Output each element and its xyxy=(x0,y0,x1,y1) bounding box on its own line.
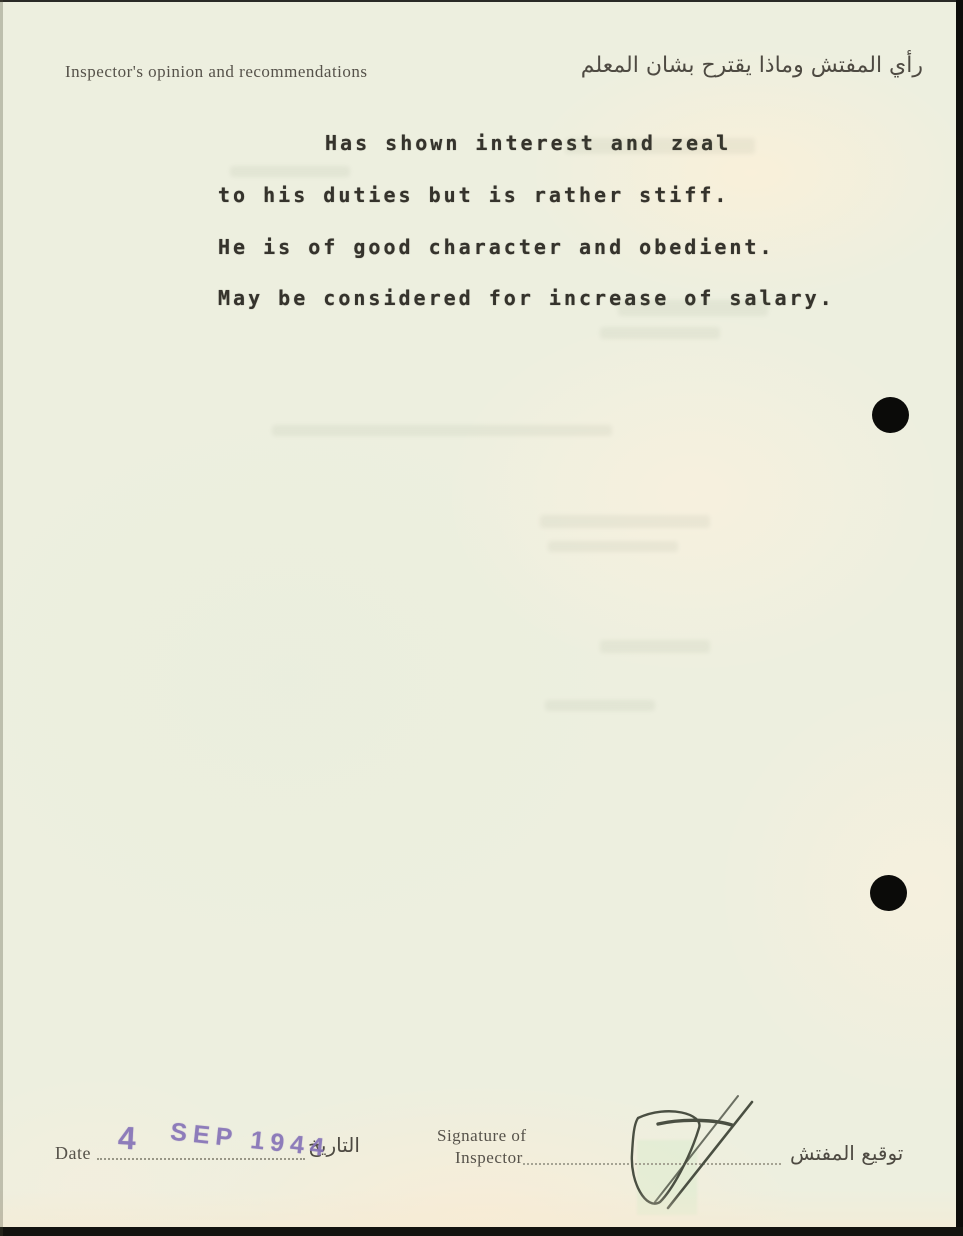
punch-hole-bottom xyxy=(870,875,907,911)
signature-label-arabic: توقيع المفتش xyxy=(790,1141,903,1165)
date-stamp-day: 4 xyxy=(117,1120,137,1158)
bleed-through-smudge xyxy=(540,515,710,528)
scan-edge-right xyxy=(956,0,963,1236)
opinion-line: He is of good character and obedient. xyxy=(218,235,775,259)
scan-edge-top xyxy=(0,0,963,2)
date-label-english: Date xyxy=(55,1143,91,1164)
bleed-through-smudge xyxy=(548,541,678,552)
scan-edge-bottom xyxy=(0,1227,963,1236)
bleed-through-smudge xyxy=(600,327,720,339)
scan-edge-left xyxy=(0,0,3,1236)
scanned-document-page: { "page": { "header": { "title_en": "Ins… xyxy=(0,0,963,1236)
bleed-through-smudge xyxy=(565,138,755,154)
bleed-through-smudge xyxy=(272,425,612,436)
paper-bottom-tint xyxy=(0,1190,963,1227)
bleed-through-smudge xyxy=(545,700,655,711)
date-stamp-month-year: SEP 1944 xyxy=(169,1118,331,1164)
header-title-english: Inspector's opinion and recommendations xyxy=(65,62,368,82)
punch-hole-top xyxy=(872,397,909,433)
date-dotted-line xyxy=(97,1158,305,1160)
bleed-through-smudge xyxy=(230,166,350,177)
bleed-through-smudge xyxy=(600,640,710,653)
opinion-line: to his duties but is rather stiff. xyxy=(218,183,729,207)
bleed-through-smudge xyxy=(618,300,768,316)
signature-label-line1: Signature of xyxy=(437,1126,527,1146)
signature-label-line2: Inspector xyxy=(455,1148,523,1168)
header-title-arabic: رأي المفتش وماذا يقترح بشان المعلم xyxy=(581,53,923,78)
